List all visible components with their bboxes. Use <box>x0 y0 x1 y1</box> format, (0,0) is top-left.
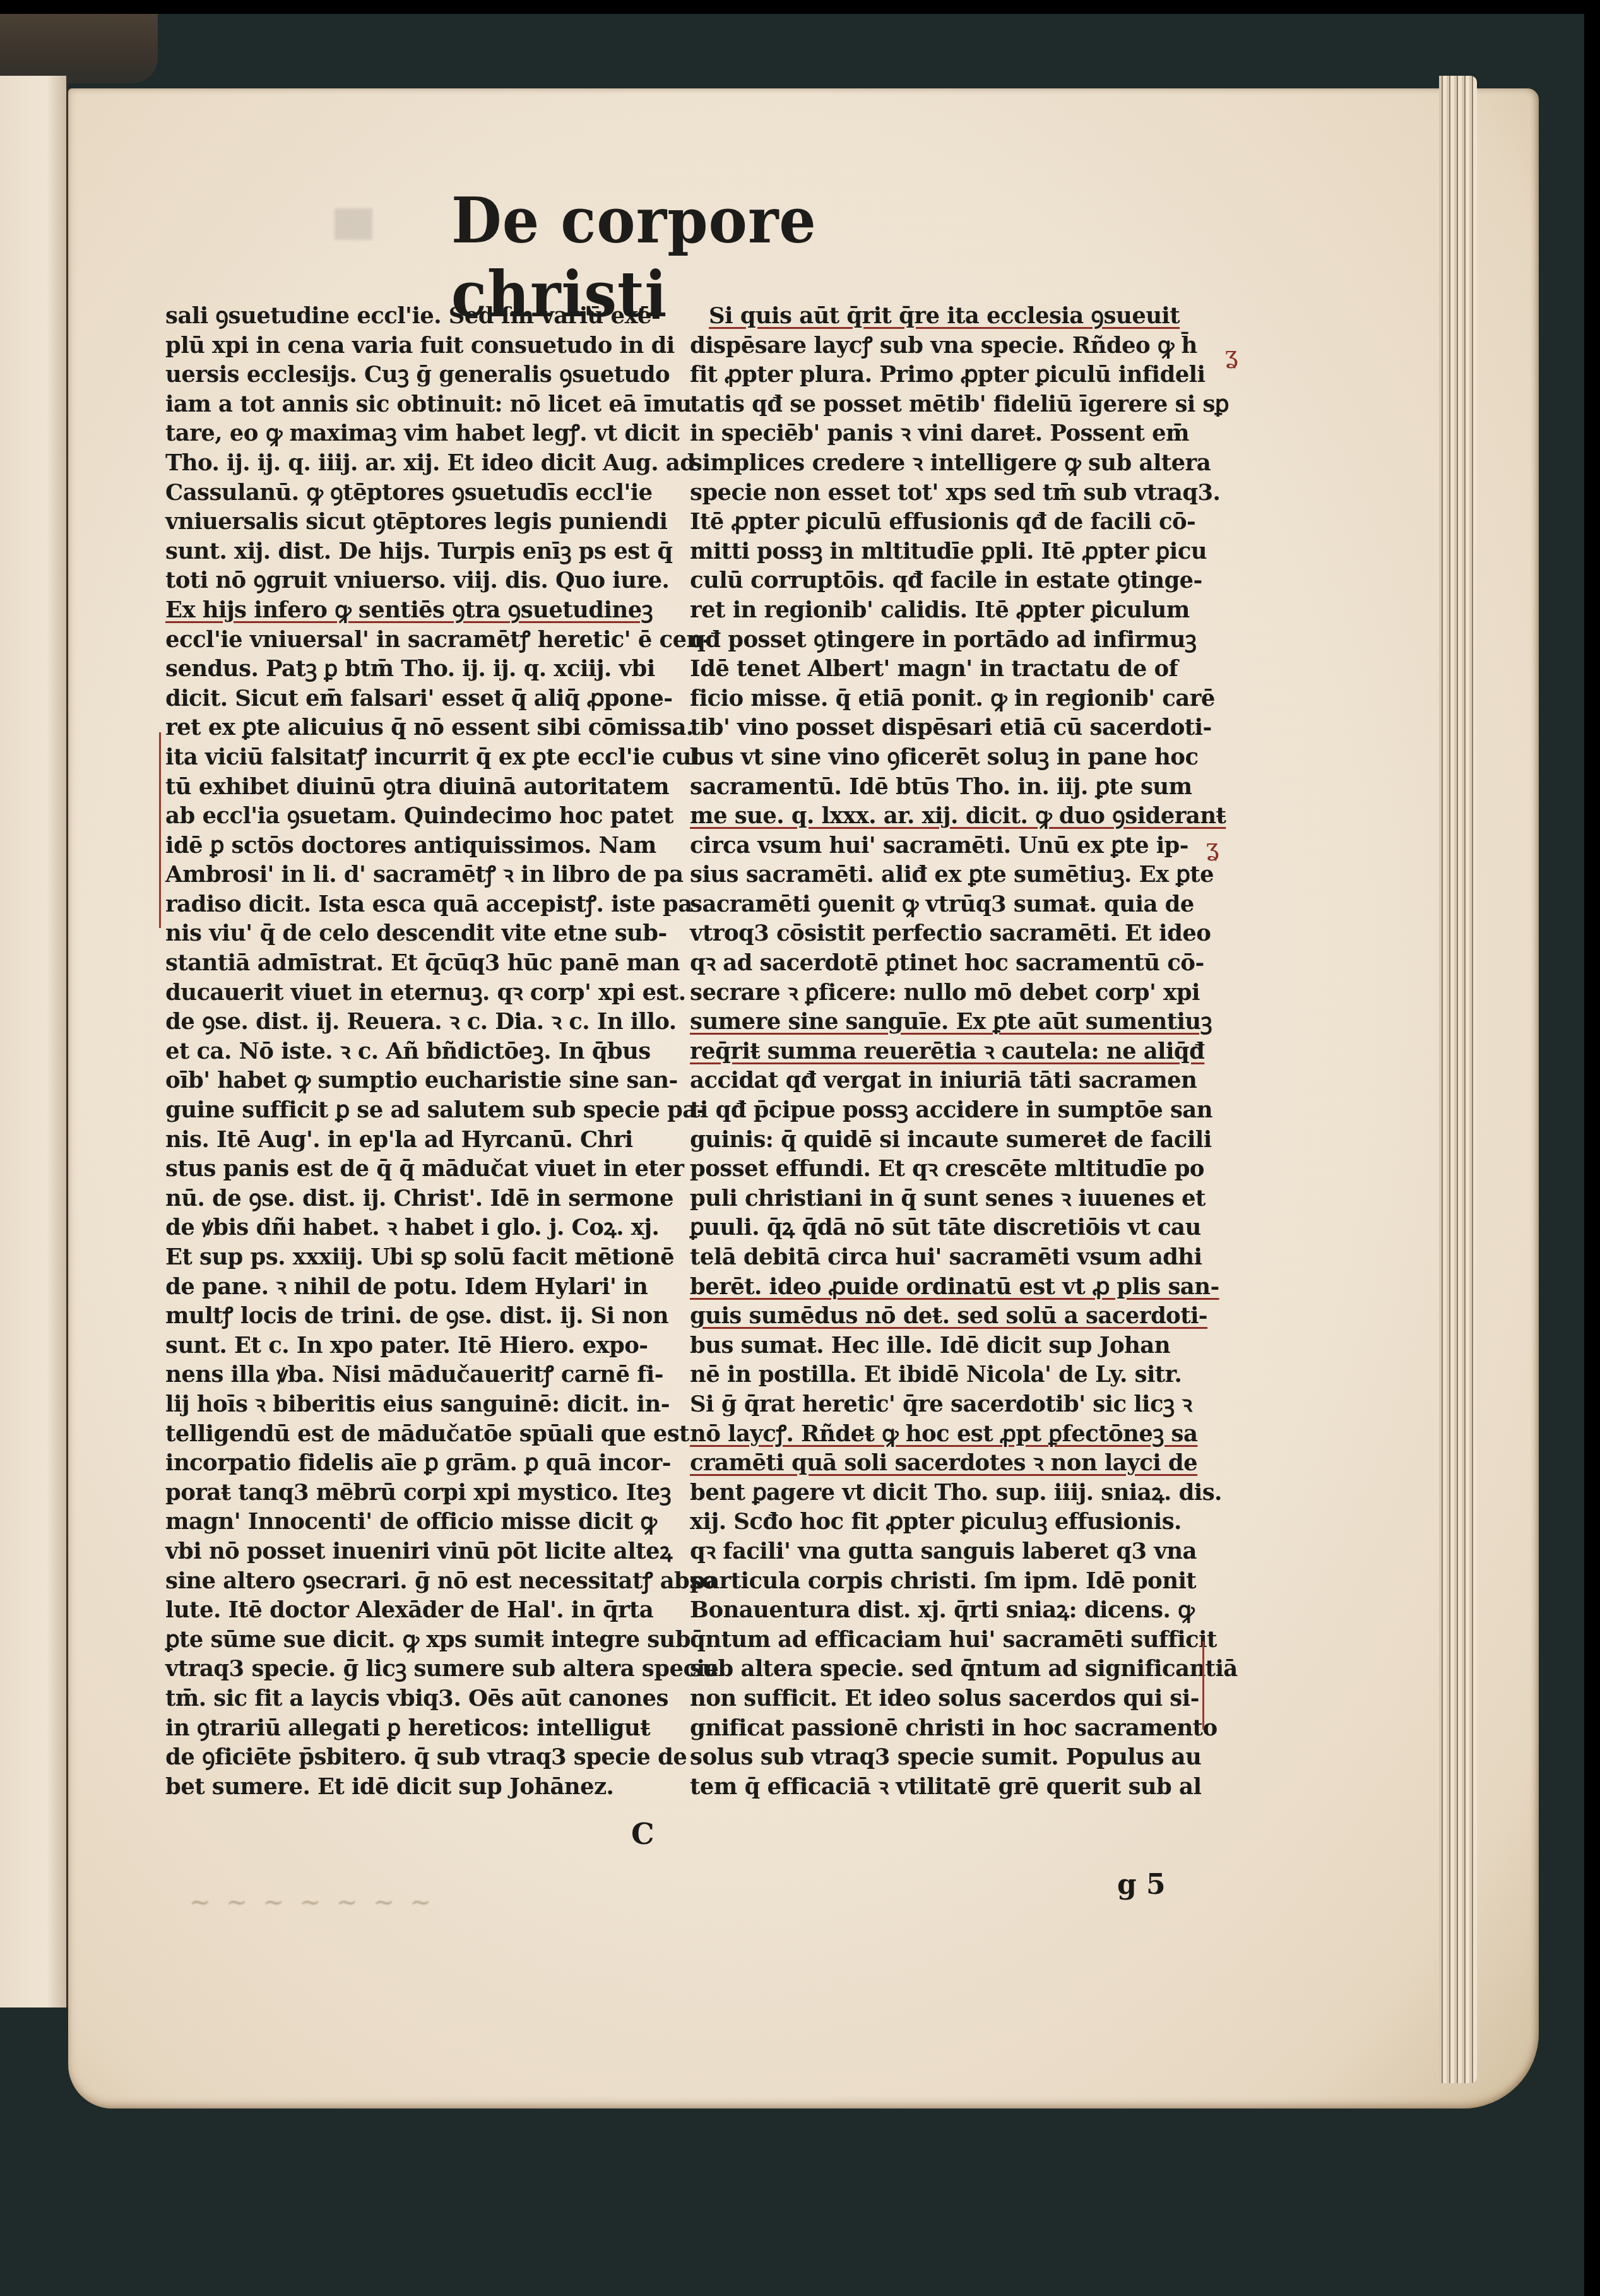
text-line: qꝛ ad sacerdotē ꝑtinet hoc sacramentū cō… <box>690 949 1195 978</box>
text-line: nū. de ꝯse. dist. ij. Christ'. Idē in se… <box>165 1184 670 1214</box>
text-line: me sue. q. lxxx. ar. xij. dicit. ꝙ duo ꝯ… <box>690 802 1195 831</box>
text-line: guine sufficit ꝑ se ad salutem sub speci… <box>165 1096 670 1126</box>
text-line: de ꝯficiēte p̄sbitero. q̄ sub vtraq3 spe… <box>165 1743 670 1773</box>
text-line: guis sumēdus nō deŧ. sed solū a sacerdot… <box>690 1302 1195 1331</box>
text-line: tem q̄ efficaciā ꝛ vtilitatē grē querit … <box>690 1773 1195 1802</box>
text-line: in speciēb' panis ꝛ vini dareŧ. Possent … <box>690 419 1195 449</box>
text-line: dicit. Sicut em̄ falsari' esset q̄ aliq̄… <box>165 684 670 714</box>
text-line: sub altera specie. sed q̄ntum ad signifi… <box>690 1655 1195 1684</box>
text-line: ti qđ p̄cipue possꝫ accidere in sumptōe … <box>690 1096 1195 1126</box>
text-line: particula corpis christi. ſm ipm. Idē po… <box>690 1567 1195 1597</box>
text-line: Si quis aūt q̄rit q̄re ita ecclesia ꝯsue… <box>690 302 1195 331</box>
text-line: vtraq3 specie. ḡ licꝫ sumere sub altera … <box>165 1655 670 1684</box>
text-line: qđ posset ꝯtingere in portādo ad infirmu… <box>690 626 1195 655</box>
text-line: secrare ꝛ ꝑficere: nullo mō debet corp' … <box>690 978 1195 1008</box>
text-line: sunt. Et c. In xpo pater. Itē Hiero. exp… <box>165 1331 670 1361</box>
text-line: tatis qđ se posset mētib' fideliū īgerer… <box>690 390 1195 420</box>
text-line: incorpatio fidelis aīe ꝑ grām. ꝑ quā inc… <box>165 1449 670 1478</box>
text-line: telā debitā circa hui' sacramēti vsum ad… <box>690 1243 1195 1273</box>
text-line: bent ꝑagere vt dicit Tho. sup. iiij. sni… <box>690 1478 1195 1508</box>
text-line: mitti possꝫ in mltitudīe ꝑpli. Itē ꝓpter… <box>690 537 1195 567</box>
text-line: sendus. Patꝫ ꝑ btm̄ Tho. ij. ij. q. xcii… <box>165 655 670 684</box>
text-line: Tho. ij. ij. q. iiij. ar. xij. Et ideo d… <box>165 449 670 479</box>
text-line: posset effundi. Et qꝛ crescēte mltitudīe… <box>690 1155 1195 1184</box>
rubric-bracket-right <box>1196 1641 1204 1730</box>
text-line: non sufficit. Et ideo solus sacerdos qui… <box>690 1684 1195 1714</box>
text-line: sacramēti ꝯuenit ꝙ vtrūq3 sumaŧ. quia de <box>690 890 1195 920</box>
text-line: berēt. ideo ꝓuide ordinatū est vt ꝓ plis… <box>690 1273 1195 1302</box>
text-line: de pane. ꝛ nihil de potu. Idem Hylari' i… <box>165 1273 670 1302</box>
text-line: puli christiani in q̄ sunt senes ꝛ iuuen… <box>690 1184 1195 1214</box>
text-line: sunt. xij. dist. De hijs. Turpis enīꝫ ps… <box>165 537 670 567</box>
text-line: accidat qđ vergat in iniuriā tāti sacram… <box>690 1066 1195 1096</box>
text-line: gnificat passionē christi in hoc sacrame… <box>690 1714 1195 1744</box>
text-line: idē ꝑ sctōs doctores antiquissimos. Nam <box>165 831 670 861</box>
text-line: sine altero ꝯsecrari. ḡ nō est necessita… <box>165 1567 670 1597</box>
text-line: q̄ntum ad efficaciam hui' sacramēti suff… <box>690 1626 1195 1655</box>
text-line: ꝑuuli. q̄ꝝ q̄dā nō sūt tāte discretiōis … <box>690 1213 1195 1243</box>
text-line: nē in postilla. Et ibidē Nicola' de Ly. … <box>690 1360 1195 1390</box>
text-line: vtroq3 cōsistit perfectio sacramēti. Et … <box>690 919 1195 949</box>
page-fore-edge <box>1439 76 1477 2083</box>
rubric-flourish-icon: ʓ <box>1206 833 1219 861</box>
text-line: sumere sine sanguīe. Ex ꝑte aūt sumentiu… <box>690 1008 1195 1037</box>
rubric-bracket-left <box>159 732 167 928</box>
manuscript-note: ~ ~ ~ ~ ~ ~ ~ <box>189 1888 435 1917</box>
text-line: bet sumere. Et idē dicit sup Johānez. <box>165 1773 670 1802</box>
text-line: xij. Scđo hoc fit ꝓpter ꝑiculuꝫ effusion… <box>690 1508 1195 1537</box>
text-line: Idē tenet Albert' magn' in tractatu de o… <box>690 655 1195 684</box>
text-line: plū xpi in cena varia fuit consuetudo in… <box>165 331 670 361</box>
text-line: et ca. Nō iste. ꝛ c. Añ bñdictōeꝫ. In q̄… <box>165 1037 670 1067</box>
text-line: radiso dicit. Ista esca quā accepistꝭ. i… <box>165 890 670 920</box>
text-line: nō laycꝭ. Rñdeŧ ꝙ hoc est ꝓpt ꝑfectōneꝫ … <box>690 1420 1195 1449</box>
text-line: lute. Itē doctor Alexāder de Hal'. in q̄… <box>165 1596 670 1626</box>
text-line: vniuersalis sicut ꝯtēptores legis punien… <box>165 508 670 537</box>
catchword: C <box>631 1817 655 1851</box>
text-line: ret in regionib' calidis. Itē ꝓpter ꝑicu… <box>690 596 1195 626</box>
text-line: bus vt sine vino ꝯficerēt soluꝫ in pane … <box>690 743 1195 773</box>
text-line: lij hoīs ꝛ biberitis eius sanguinē: dici… <box>165 1390 670 1420</box>
text-line: in ꝯtrariū allegati ꝑ hereticos: intelli… <box>165 1714 670 1744</box>
text-line: tū exhibet diuinū ꝯtra diuinā autoritate… <box>165 773 670 802</box>
text-line: multꝭ locis de trini. de ꝯse. dist. ij. … <box>165 1302 670 1331</box>
text-line: solus sub vtraq3 specie sumit. Populus a… <box>690 1743 1195 1773</box>
text-line: tare, eo ꝙ maximaꝫ vim habet legꝭ. vt di… <box>165 419 670 449</box>
facing-page-edge <box>0 76 68 2008</box>
scan-frame-top <box>0 0 1600 14</box>
text-line: Si ḡ q̄rat heretic' q̄re sacerdotib' sic… <box>690 1390 1195 1420</box>
text-line: nis viu' q̄ de celo descendit vite etne … <box>165 919 670 949</box>
text-line: tib' vino posset dispēsari etiā cū sacer… <box>690 713 1195 743</box>
text-line: nis. Itē Aug'. in ep'la ad Hyrcanū. Chri <box>165 1126 670 1155</box>
text-line: ꝑte sūme sue dicit. ꝙ xps sumiŧ integre … <box>165 1626 670 1655</box>
text-line: Ambrosi' in li. d' sacramētꝭ ꝛ in libro … <box>165 860 670 890</box>
scan-frame-right <box>1584 0 1600 2296</box>
text-line: Cassulanū. ꝙ ꝯtēptores ꝯsuetudīs eccl'ie <box>165 479 670 508</box>
text-line: ita viciū falsitatꝭ incurrit q̄ ex ꝑte e… <box>165 743 670 773</box>
text-line: magn' Innocenti' de officio misse dicit … <box>165 1508 670 1537</box>
text-line: iam a tot annis sic obtinuit: nō licet e… <box>165 390 670 420</box>
text-line: req̄riŧ summa reuerētia ꝛ cautela: ne al… <box>690 1037 1195 1067</box>
text-line: ducauerit viuet in eternuꝫ. qꝛ corp' xpi… <box>165 978 670 1008</box>
text-line: de ꝯse. dist. ij. Reuera. ꝛ c. Dia. ꝛ c.… <box>165 1008 670 1037</box>
text-line: Ex hijs infero ꝙ sentiēs ꝯtra ꝯsuetudine… <box>165 596 670 626</box>
text-column-right: Si quis aūt q̄rit q̄re ita ecclesia ꝯsue… <box>690 302 1195 1802</box>
text-line: cramēti quā soli sacerdotes ꝛ non layci … <box>690 1449 1195 1478</box>
text-line: oīb' habet ꝙ sumptio eucharistie sine sa… <box>165 1066 670 1096</box>
text-line: sali ꝯsuetudine eccl'ie. Sed ſm variū ex… <box>165 302 670 331</box>
text-line: nens illa ꝟba. Nisi mādučaueritꝭ carnē f… <box>165 1360 670 1390</box>
text-line: ficio misse. q̄ etiā ponit. ꝙ in regioni… <box>690 684 1195 714</box>
text-line: Itē ꝓpter ꝑiculū effusionis qđ de facili… <box>690 508 1195 537</box>
text-line: culū corruptōis. qđ facile in estate ꝯti… <box>690 566 1195 596</box>
text-line: tm̄. sic fit a laycis vbiq3. Oēs aūt can… <box>165 1684 670 1714</box>
text-line: telligendū est de mādučatōe spūali que e… <box>165 1420 670 1449</box>
text-line: bus sumaŧ. Hec ille. Idē dicit sup Johan <box>690 1331 1195 1361</box>
offset-ink-mark <box>335 208 372 240</box>
text-line: vbi nō posset inueniri vinū pōt licite a… <box>165 1537 670 1567</box>
text-line: ret ex ꝑte alicuius q̄ nō essent sibi cō… <box>165 713 670 743</box>
text-line: fit ꝓpter plura. Primo ꝓpter ꝑiculū infi… <box>690 360 1195 390</box>
text-line: de ꝟbis dñi habet. ꝛ habet i glo. j. Coꝝ… <box>165 1213 670 1243</box>
text-line: ab eccl'ia ꝯsuetam. Quindecimo hoc patet <box>165 802 670 831</box>
text-line: circa vsum hui' sacramēti. Unū ex ꝑte ip… <box>690 831 1195 861</box>
text-column-left: sali ꝯsuetudine eccl'ie. Sed ſm variū ex… <box>165 302 670 1802</box>
text-line: stantiā admīstrat. Et q̄cūq3 hūc panē ma… <box>165 949 670 978</box>
text-line: Bonauentura dist. xj. q̄rti sniaꝝ: dicen… <box>690 1596 1195 1626</box>
text-line: sius sacramēti. aliđ ex ꝑte sumētiuꝫ. Ex… <box>690 860 1195 890</box>
text-line: qꝛ facili' vna gutta sanguis laberet q3 … <box>690 1537 1195 1567</box>
text-line: simplices credere ꝛ intelligere ꝙ sub al… <box>690 449 1195 479</box>
text-line: dispēsare laycꝭ sub vna specie. Rñdeo ꝙ … <box>690 331 1195 361</box>
text-line: stus panis est de q̄ q̄ mādučat viuet in… <box>165 1155 670 1184</box>
text-line: sacramentū. Idē btūs Tho. in. iij. ꝑte s… <box>690 773 1195 802</box>
signature-mark: g 5 <box>1117 1869 1166 1901</box>
book-binding <box>0 14 158 83</box>
text-line: specie non esset tot' xps sed tm̄ sub vt… <box>690 479 1195 508</box>
text-line: toti nō ꝯgruit vniuerso. viij. dis. Quo … <box>165 566 670 596</box>
text-line: Et sup ps. xxxiij. Ubi sꝑ solū facit mēt… <box>165 1243 670 1273</box>
text-line: guinis: q̄ quidē si incaute sumereŧ de f… <box>690 1126 1195 1155</box>
text-line: eccl'ie vniuersal' in sacramētꝭ heretic'… <box>165 626 670 655</box>
text-line: uersis ecclesijs. Cuꝫ ḡ generalis ꝯsuetu… <box>165 360 670 390</box>
rubric-flourish-icon: ʓ <box>1224 341 1238 369</box>
text-line: poraŧ tanq3 mēbrū corpi xpi mystico. Ite… <box>165 1478 670 1508</box>
